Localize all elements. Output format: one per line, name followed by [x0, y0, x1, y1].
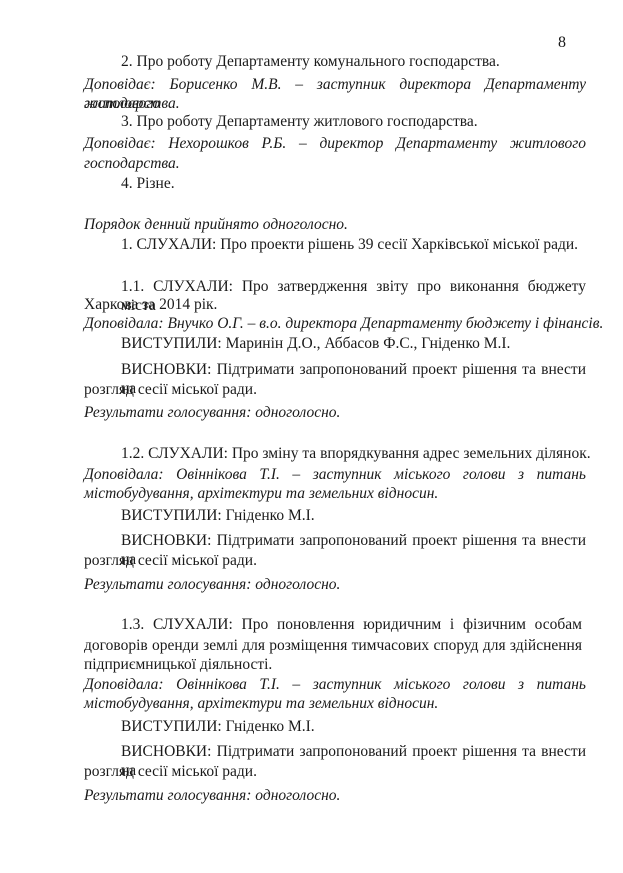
- heard-1: 1. СЛУХАЛИ: Про проекти рішень 39 сесії …: [121, 235, 586, 254]
- heard-1-3-speaker-cont: містобудування, архітектури та земельних…: [84, 694, 586, 713]
- agenda-item-3-speaker-cont: господарства.: [84, 154, 586, 173]
- heard-1-3-conclusions-cont: розгляд сесії міської ради.: [84, 762, 586, 781]
- agenda-item-3-speaker: Доповідає: Нехорошков Р.Б. – директор Де…: [84, 134, 586, 153]
- heard-1-3-speaker: Доповідала: Овіннікова Т.І. – заступник …: [84, 675, 586, 694]
- heard-1-3-cont: договорів оренди землі для розміщення ти…: [84, 636, 582, 655]
- heard-1-2-vote: Результати голосування: одноголосно.: [84, 575, 586, 594]
- heard-1-3-vote: Результати голосування: одноголосно.: [84, 786, 586, 805]
- heard-1-2-spoke: ВИСТУПИЛИ: Гніденко М.І.: [121, 506, 586, 525]
- heard-1-1-conclusions-cont: розгляд сесії міської ради.: [84, 380, 586, 399]
- heard-1-3: 1.3. СЛУХАЛИ: Про поновлення юридичним і…: [121, 615, 582, 634]
- heard-1-1-vote: Результати голосування: одноголосно.: [84, 403, 586, 422]
- heard-1-3-spoke: ВИСТУПИЛИ: Гніденко М.І.: [121, 717, 586, 736]
- heard-1-2-speaker-cont: містобудування, архітектури та земельних…: [84, 484, 586, 503]
- heard-1-1-speaker: Доповідала: Внучко О.Г. – в.о. директора…: [84, 314, 586, 333]
- agenda-item-4: 4. Різне.: [121, 174, 586, 193]
- agenda-item-3: 3. Про роботу Департаменту житлового гос…: [121, 112, 586, 131]
- agenda-adopted: Порядок денний прийнято одноголосно.: [84, 215, 586, 234]
- agenda-item-2: 2. Про роботу Департаменту комунального …: [121, 52, 586, 71]
- heard-1-2: 1.2. СЛУХАЛИ: Про зміну та впорядкування…: [121, 444, 586, 463]
- heard-1-1-cont: Харкова за 2014 рік.: [84, 295, 586, 314]
- agenda-item-2-speaker-cont: господарства.: [84, 94, 586, 113]
- page-number: 8: [558, 34, 566, 52]
- heard-1-3-cont2: підприємницької діяльності.: [84, 655, 586, 674]
- heard-1-1-spoke: ВИСТУПИЛИ: Маринін Д.О., Аббасов Ф.С., Г…: [121, 334, 586, 353]
- heard-1-2-speaker: Доповідала: Овіннікова Т.І. – заступник …: [84, 465, 586, 484]
- heard-1-2-conclusions-cont: розгляд сесії міської ради.: [84, 551, 586, 570]
